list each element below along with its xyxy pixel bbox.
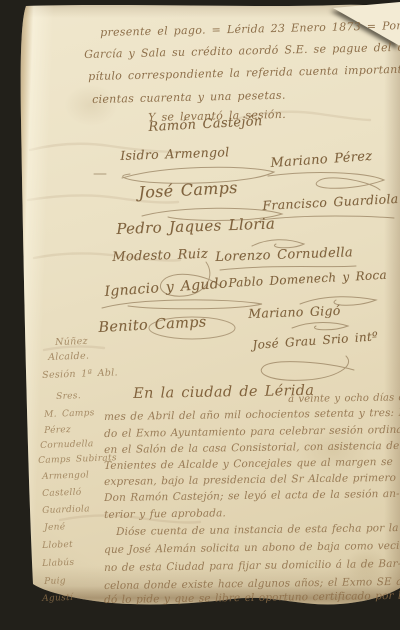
act-body-line: terior y fue aprobada. <box>104 507 226 521</box>
margin-note-line: Alcalde. <box>48 351 89 363</box>
act-margin-name: Armengol <box>42 470 89 482</box>
signature-flourish <box>248 236 308 252</box>
act-margin-name: Llabús <box>42 558 75 569</box>
act-margin-name: Guardiola <box>42 504 90 516</box>
signature-flourish <box>146 314 238 342</box>
act-margin-name: Sres. <box>56 391 81 402</box>
signature-flourish <box>258 212 398 224</box>
signature-flourish <box>296 292 382 312</box>
act-body-line: á veinte y ocho días del <box>288 392 400 405</box>
scan-background: presente el pago. = Lérida 23 Enero 1873… <box>0 0 400 630</box>
signature-flourish <box>218 262 360 274</box>
act-margin-name: Llobet <box>42 540 73 551</box>
signature-flourish <box>246 352 362 386</box>
act-margin-name: Cornudella <box>40 439 94 451</box>
act-margin-name: Puig <box>44 576 66 587</box>
act-margin-name: Agustí <box>42 593 73 604</box>
act-margin-name: Jené <box>44 522 66 533</box>
act-margin-name: Pérez <box>44 425 71 436</box>
act-margin-name: M. Camps <box>44 408 95 420</box>
signature-flourish <box>92 162 282 188</box>
act-margin-name: Castelló <box>42 488 82 499</box>
margin-note-line: Núñez <box>55 336 88 348</box>
signature-flourish <box>98 296 268 314</box>
signature-flourish <box>262 170 394 198</box>
